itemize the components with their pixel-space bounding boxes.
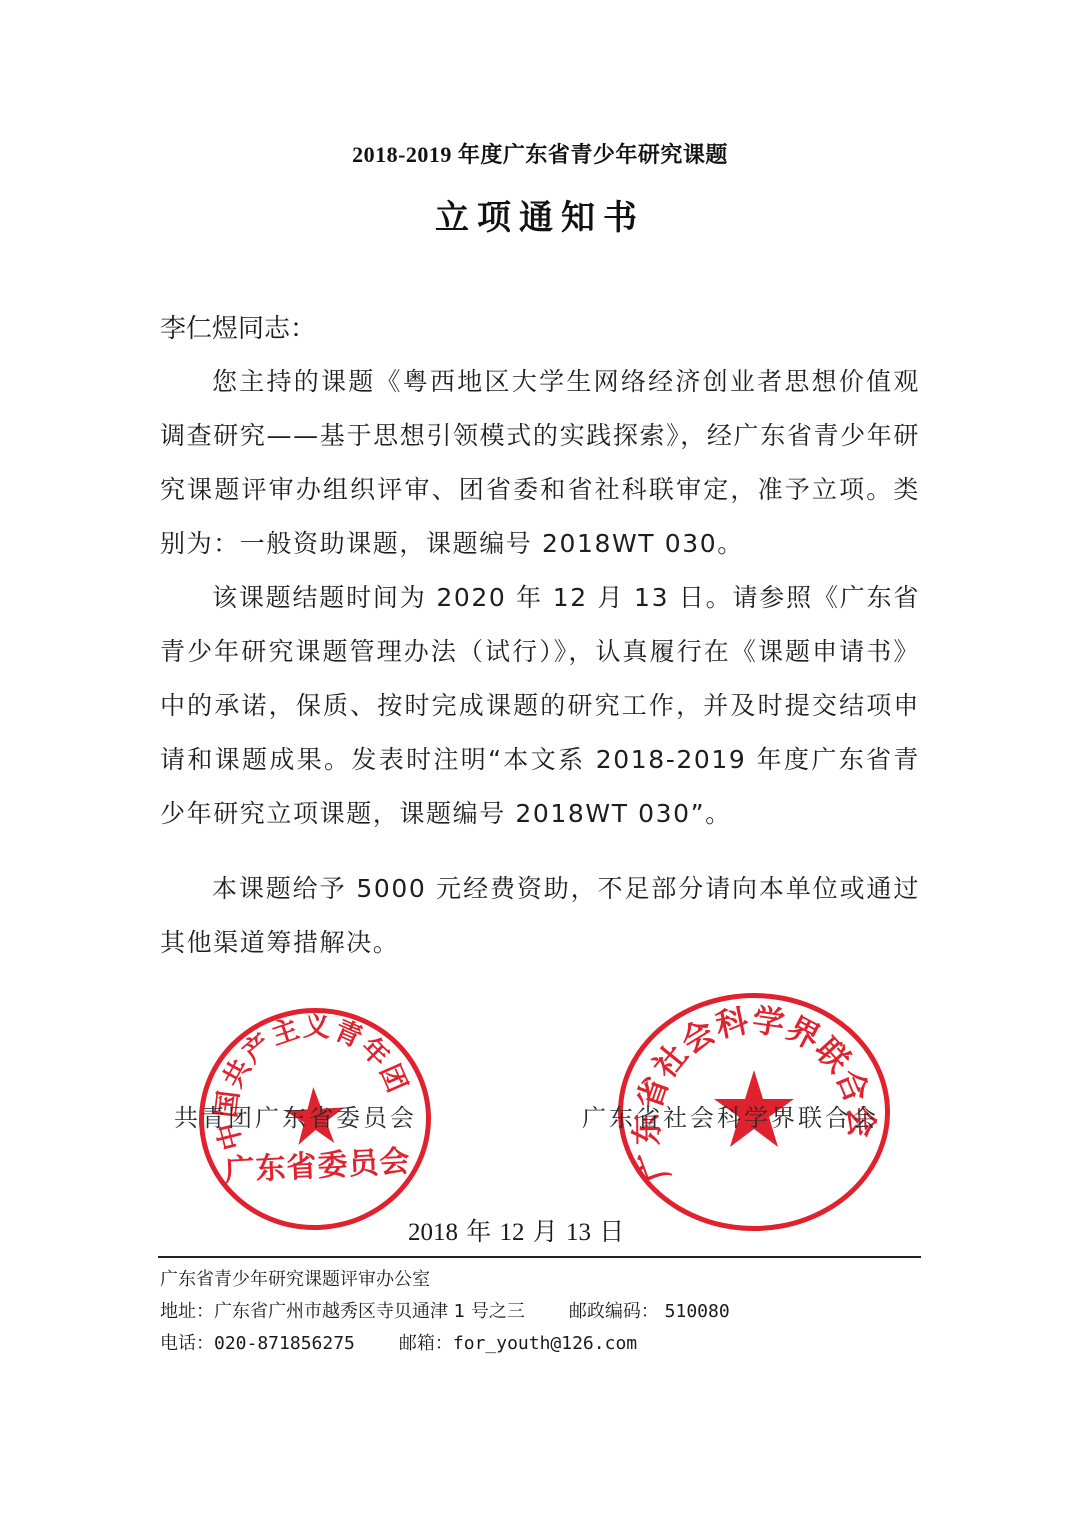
issue-date: 2018 年 12 月 13 日 bbox=[408, 1212, 624, 1248]
footer-contact: 广东省青少年研究课题评审办公室 地址：广东省广州市越秀区寺贝通津 1 号之三邮政… bbox=[160, 1264, 730, 1360]
paragraph-requirements: 该课题结题时间为 2020 年 12 月 13 日。请参照《广东省青少年研究课题… bbox=[160, 571, 920, 841]
postcode-value: 510080 bbox=[665, 1301, 730, 1322]
address-label: 地址： bbox=[160, 1301, 214, 1322]
paragraph-approval: 您主持的课题《粤西地区大学生网络经济创业者思想价值观调查研究——基于思想引领模式… bbox=[160, 355, 920, 571]
signature-youth-league: 共青团广东省委员会 bbox=[174, 1098, 417, 1133]
footer-office: 广东省青少年研究课题评审办公室 bbox=[160, 1264, 730, 1296]
notice-document: 2018-2019 年度广东省青少年研究课题 立项通知书 李仁煜同志： 您主持的… bbox=[0, 0, 1080, 1523]
footer-divider bbox=[158, 1256, 921, 1258]
email-label: 邮箱： bbox=[399, 1333, 453, 1354]
footer-contact-row: 电话：020-871856275邮箱：for_youth@126.com bbox=[160, 1328, 730, 1360]
phone-label: 电话： bbox=[160, 1333, 214, 1354]
footer-address-row: 地址：广东省广州市越秀区寺贝通津 1 号之三邮政编码： 510080 bbox=[160, 1296, 730, 1328]
postcode-label: 邮政编码： bbox=[569, 1301, 659, 1322]
salutation: 李仁煜同志： bbox=[160, 308, 316, 345]
document-title: 立项通知书 bbox=[0, 190, 1080, 239]
paragraph-text: 该课题结题时间为 2020 年 12 月 13 日。请参照《广东省青少年研究课题… bbox=[160, 571, 920, 841]
signature-social-science-federation: 广东省社会科学界联合会 bbox=[582, 1098, 879, 1133]
paragraph-funding: 本课题给予 5000 元经费资助，不足部分请向本单位或通过其他渠道筹措解决。 bbox=[160, 862, 920, 970]
email-link[interactable]: for_youth@126.com bbox=[453, 1333, 637, 1354]
paragraph-text: 您主持的课题《粤西地区大学生网络经济创业者思想价值观调查研究——基于思想引领模式… bbox=[160, 355, 920, 571]
paragraph-text: 本课题给予 5000 元经费资助，不足部分请向本单位或通过其他渠道筹措解决。 bbox=[160, 862, 920, 970]
address-value: 广东省广州市越秀区寺贝通津 1 号之三 bbox=[214, 1301, 525, 1322]
phone-value: 020-871856275 bbox=[214, 1333, 355, 1354]
document-subtitle: 2018-2019 年度广东省青少年研究课题 bbox=[0, 138, 1080, 169]
